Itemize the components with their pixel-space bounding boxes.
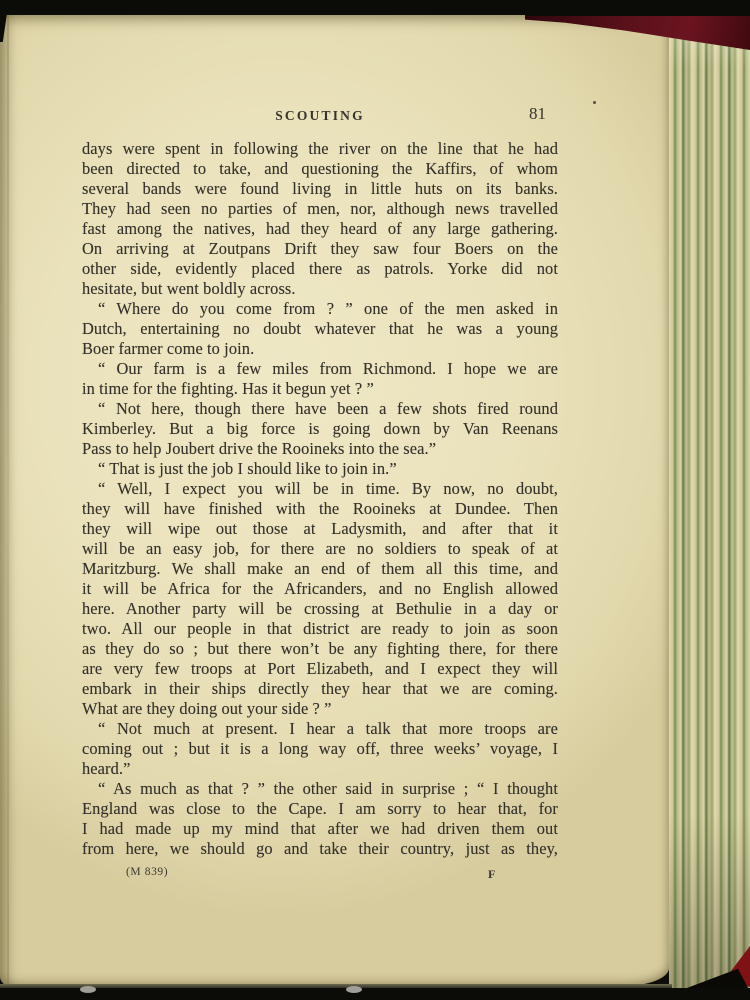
text-line: coming out ; but it is a long way off, t…: [82, 739, 558, 759]
text-line: “ Not here, though there have been a few…: [82, 399, 558, 419]
ink-speck: [593, 101, 596, 104]
text-line: hesitate, but went boldly across.: [82, 279, 558, 299]
text-line: Boer farmer come to join.: [82, 339, 558, 359]
text-line: here. Another party will be crossing at …: [82, 599, 558, 619]
text-line: On arriving at Zoutpans Drift they saw f…: [82, 239, 558, 259]
text-line: “ As much as that ? ” the other said in …: [82, 779, 558, 799]
text-line: from here, we should go and take their c…: [82, 839, 558, 859]
text-line: Maritzburg. We shall make an end of them…: [82, 559, 558, 579]
text-line: I had made up my mind that after we had …: [82, 819, 558, 839]
text-line: will be an easy job, for there are no so…: [82, 539, 558, 559]
page-number: 81: [529, 104, 546, 124]
text-line: two. All our people in that district are…: [82, 619, 558, 639]
book-scan: SCOUTING 81 days were spent in following…: [0, 0, 750, 1000]
text-line: Kimberley. But a big force is going down…: [82, 419, 558, 439]
fore-edge-page-stack: [669, 20, 750, 988]
text-line: it will be Africa for the Africanders, a…: [82, 579, 558, 599]
top-black-border-right: [520, 0, 750, 16]
text-line: in time for the fighting. Has it begun y…: [82, 379, 558, 399]
text-line: heard.”: [82, 759, 558, 779]
text-line: embark in their ships directly they hear…: [82, 679, 558, 699]
page-header: SCOUTING 81: [82, 101, 558, 127]
text-line: fast among the natives, had they heard o…: [82, 219, 558, 239]
scanner-clip: [346, 986, 362, 993]
text-line: “ Well, I expect you will be in time. By…: [82, 479, 558, 499]
running-title: SCOUTING: [82, 108, 558, 124]
text-line: are very few troops at Port Elizabeth, a…: [82, 659, 558, 679]
text-line: they will wipe out those at Ladysmith, a…: [82, 519, 558, 539]
text-line: What are they doing out your side ? ”: [82, 699, 558, 719]
text-line: other side, evidently placed there as pa…: [82, 259, 558, 279]
text-line: “ Where do you come from ? ” one of the …: [82, 299, 558, 319]
signature-mark: F: [488, 867, 495, 882]
text-line: “ Not much at present. I hear a talk tha…: [82, 719, 558, 739]
text-block: days were spent in following the river o…: [82, 139, 558, 859]
text-line: England was close to the Cape. I am sorr…: [82, 799, 558, 819]
printer-mark: (M 839): [126, 866, 168, 878]
text-line: as they do so ; but there won’t be any f…: [82, 639, 558, 659]
text-line: Pass to help Joubert drive the Rooineks …: [82, 439, 558, 459]
text-line: They had seen no parties of men, nor, al…: [82, 199, 558, 219]
text-line: “ Our farm is a few miles from Richmond.…: [82, 359, 558, 379]
book-page: SCOUTING 81 days were spent in following…: [0, 15, 669, 986]
text-line: days were spent in following the river o…: [82, 139, 558, 159]
text-line: been directed to take, and questioning t…: [82, 159, 558, 179]
text-line: several bands were found living in littl…: [82, 179, 558, 199]
bottom-black-border: [0, 988, 750, 1000]
text-line: Dutch, entertaining no doubt whatever th…: [82, 319, 558, 339]
scanner-clip: [80, 986, 96, 993]
text-line: “ That is just the job I should like to …: [82, 459, 558, 479]
text-line: they will have finished with the Rooinek…: [82, 499, 558, 519]
